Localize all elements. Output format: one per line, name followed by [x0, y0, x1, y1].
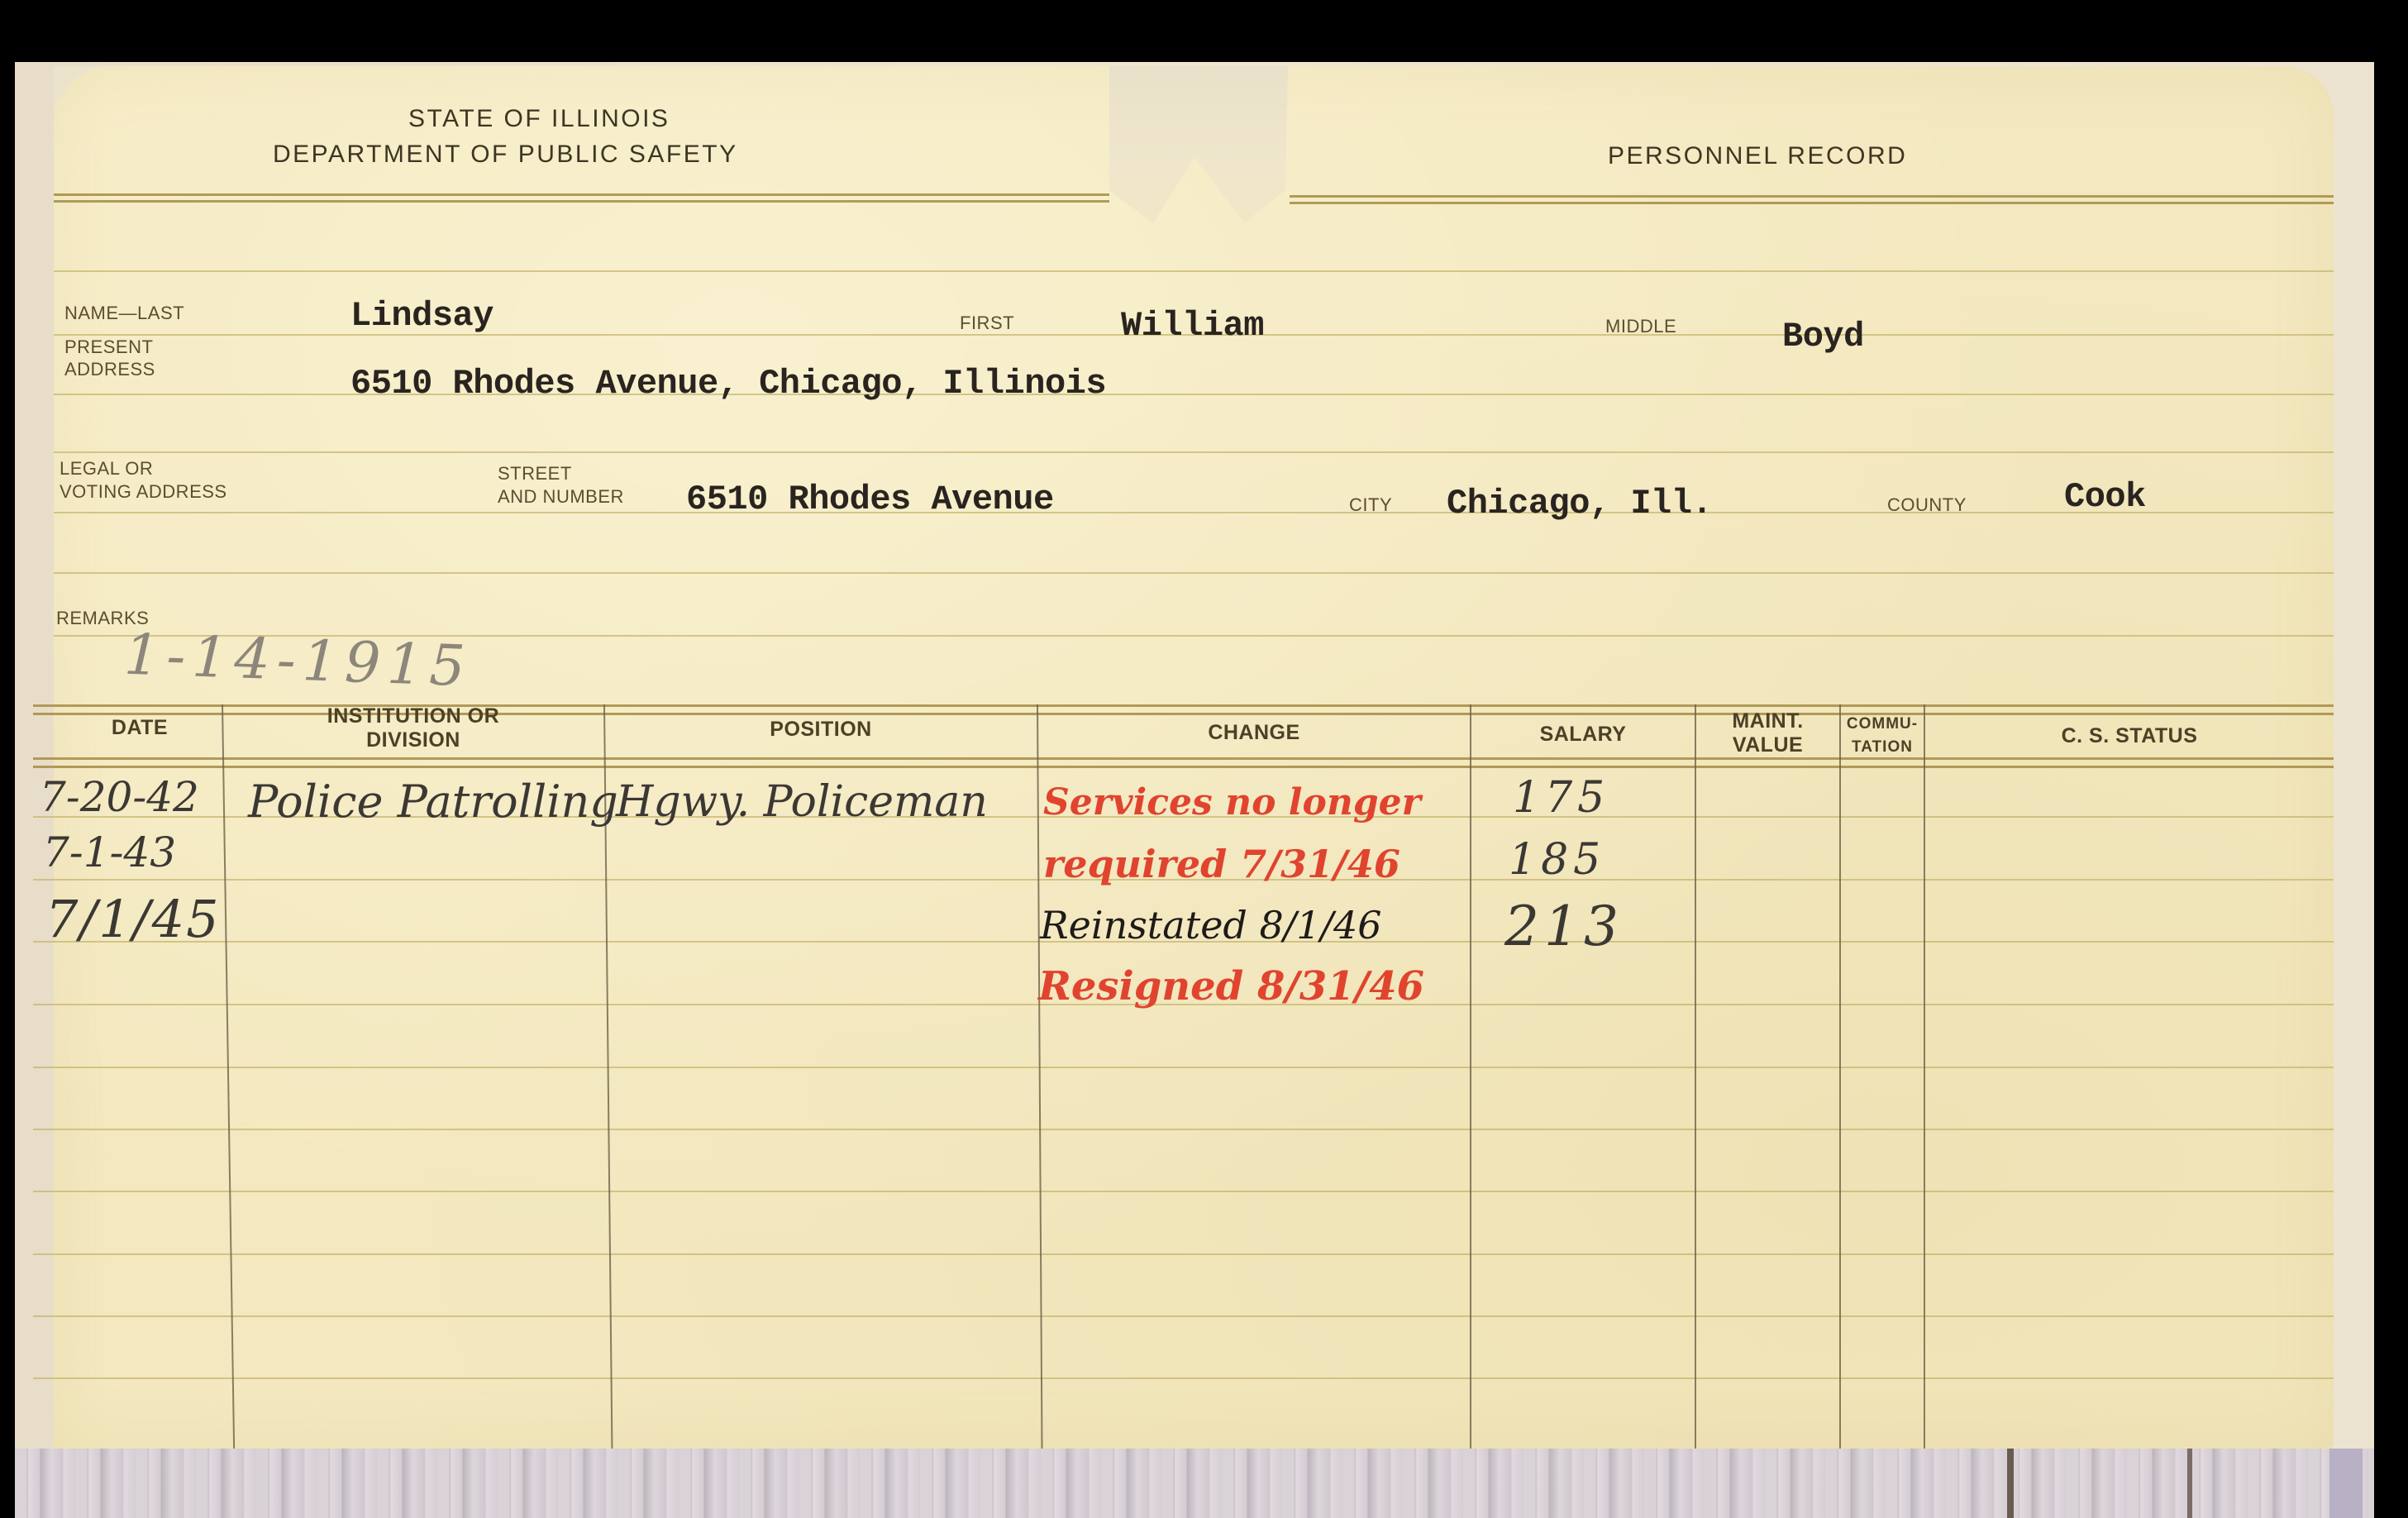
header-rule: [54, 193, 1109, 196]
value-last-name: Lindsay: [350, 296, 494, 336]
label-voting-address: VOTING ADDRESS: [60, 481, 227, 503]
table-row-line: [33, 1067, 2334, 1068]
column-header-maint-value: MAINT. VALUE: [1696, 709, 1839, 757]
header-rule: [1290, 195, 2334, 198]
value-middle-name: Boyd: [1782, 317, 1864, 356]
table-row-line: [33, 1315, 2334, 1317]
column-header-institution-line2: DIVISION: [223, 728, 603, 752]
column-header-institution-line1: INSTITUTION OR: [223, 704, 603, 728]
column-divider: [1924, 704, 1925, 1449]
entry-salary: 213: [1504, 895, 1624, 958]
label-and-number: AND NUMBER: [498, 486, 624, 508]
entry-change-line: required 7/31/46: [1043, 842, 1400, 886]
card-stack-edges: [15, 1449, 2374, 1518]
value-city: Chicago, Ill.: [1447, 484, 1712, 523]
label-street: STREET: [498, 463, 572, 485]
ruled-line: [54, 270, 2334, 272]
column-header-date: DATE: [58, 716, 222, 740]
table-header-rule: [33, 766, 2334, 768]
column-header-maint-line2: VALUE: [1696, 733, 1839, 757]
label-legal-or: LEGAL OR: [60, 458, 153, 480]
label-county: COUNTY: [1887, 494, 1967, 516]
value-street: 6510 Rhodes Avenue: [686, 480, 1054, 519]
value-present-address: 6510 Rhodes Avenue, Chicago, Illinois: [350, 364, 1106, 403]
column-divider: [1470, 704, 1471, 1449]
column-header-cs-status: C. S. STATUS: [1925, 724, 2334, 748]
column-header-maint-line1: MAINT.: [1696, 709, 1839, 733]
label-city: CITY: [1349, 494, 1392, 516]
value-county: Cook: [2064, 477, 2146, 517]
column-header-commutation-line2: TATION: [1841, 736, 1924, 759]
entry-institution: Police Patrolling: [248, 776, 618, 828]
label-first: FIRST: [960, 313, 1014, 334]
column-header-position: POSITION: [605, 718, 1037, 742]
entry-change-line: Reinstated 8/1/46: [1040, 903, 1382, 948]
column-header-change: CHANGE: [1038, 721, 1470, 745]
column-divider: [1695, 704, 1696, 1449]
header-rule: [1290, 202, 2334, 204]
card-edge-shadow: [2187, 1449, 2192, 1518]
table-row-line: [33, 1191, 2334, 1192]
entry-position: Hgwy. Policeman: [616, 777, 988, 827]
ruled-line: [54, 572, 2334, 574]
table-header-rule: [33, 757, 2334, 760]
column-header-commutation-line1: COMMU-: [1841, 713, 1924, 736]
column-header-institution: INSTITUTION OR DIVISION: [223, 704, 603, 752]
label-middle: MIDDLE: [1605, 316, 1676, 337]
entry-date: 7-20-42: [40, 773, 199, 821]
remarks-pencil-date: 1-14-1915: [123, 623, 473, 700]
entry-date: 7-1-43: [43, 828, 176, 876]
header-personnel-record: PERSONNEL RECORD: [1608, 142, 1907, 170]
label-present: PRESENT: [64, 337, 153, 358]
card-edge-shadow: [2007, 1449, 2014, 1518]
label-address: ADDRESS: [64, 359, 155, 380]
label-name-last: NAME—LAST: [64, 303, 184, 324]
ruled-line: [54, 451, 2334, 453]
value-first-name: William: [1121, 306, 1264, 346]
table-row-line: [33, 1129, 2334, 1130]
table-row-line: [33, 1377, 2334, 1379]
header-state: STATE OF ILLINOIS: [408, 105, 670, 133]
card-edge-shadow: [2329, 1449, 2363, 1518]
entry-salary: 185: [1509, 835, 1605, 885]
entry-change-line: Resigned 8/31/46: [1038, 963, 1424, 1010]
table-row-line: [33, 1253, 2334, 1255]
entry-change-line: Services no longer: [1043, 781, 1421, 823]
entry-date: 7/1/45: [45, 889, 221, 949]
entry-salary: 175: [1513, 773, 1609, 823]
column-header-commutation: COMMU- TATION: [1841, 713, 1924, 759]
column-divider: [1839, 704, 1841, 1449]
header-department: DEPARTMENT OF PUBLIC SAFETY: [273, 141, 738, 169]
column-header-salary: SALARY: [1471, 723, 1695, 747]
ruled-line: [54, 512, 2334, 513]
header-rule: [54, 200, 1109, 203]
